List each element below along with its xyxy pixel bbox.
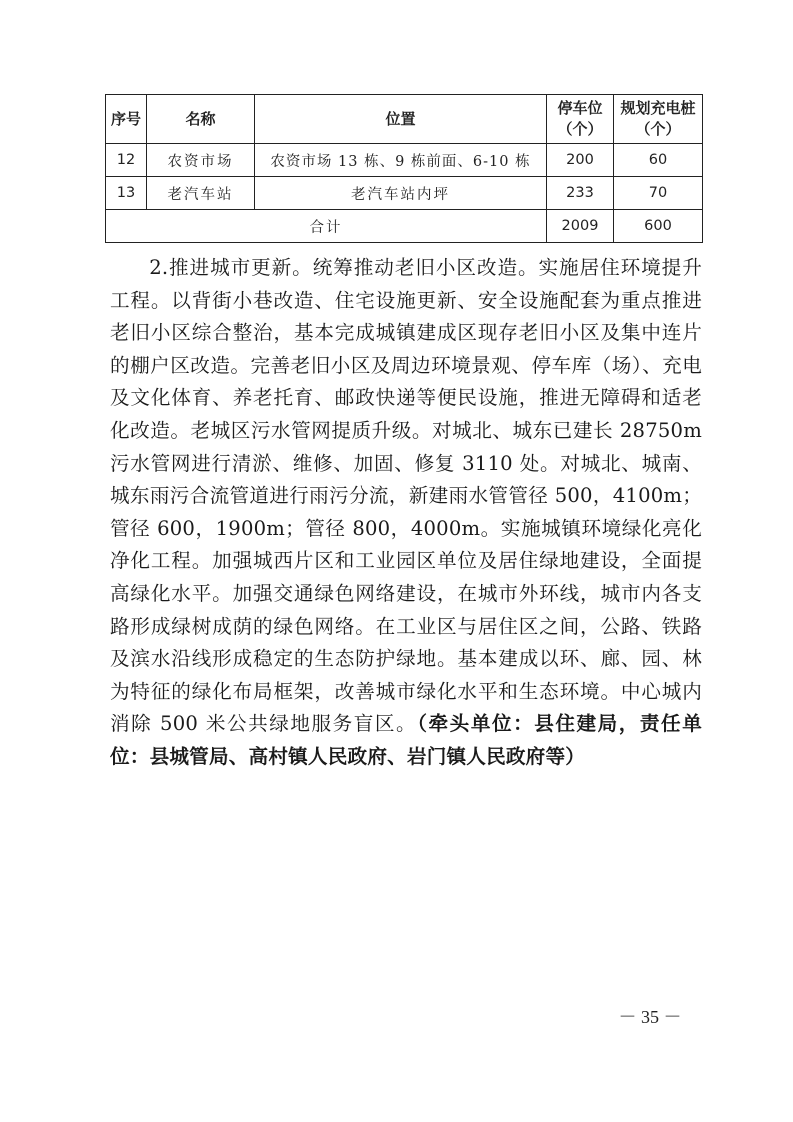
cell-name: 老汽车站 [147,177,255,210]
header-parking-label: 停车位 [547,98,613,119]
header-name: 名称 [147,95,255,144]
header-parking: 停车位 （个） [547,95,614,144]
parking-charging-table: 序号 名称 位置 停车位 （个） 规划充电桩 （个） 12 农资市场 农资市场 … [105,94,703,243]
cell-total-label: 合计 [106,210,547,243]
header-location-label: 位置 [385,110,415,128]
header-parking-unit: （个） [547,119,613,140]
cell-index: 13 [106,177,147,210]
paragraph-urban-renewal: 2.推进城市更新。统筹推动老旧小区改造。实施居住环境提升工程。以背街小巷改造、住… [110,252,702,774]
header-chargers: 规划充电桩 （个） [614,95,703,144]
header-index-label: 序号 [111,110,141,128]
cell-parking: 200 [547,144,614,177]
header-index: 序号 [106,95,147,144]
cell-location: 农资市场 13 栋、9 栋前面、6-10 栋 [255,144,547,177]
cell-chargers: 70 [614,177,703,210]
cell-chargers: 60 [614,144,703,177]
cell-location: 老汽车站内坪 [255,177,547,210]
header-chargers-label: 规划充电桩 [614,98,702,119]
table-total-row: 合计 2009 600 [106,210,703,243]
table-row: 13 老汽车站 老汽车站内坪 233 70 [106,177,703,210]
cell-total-chargers: 600 [614,210,703,243]
paragraph-main-text: 2.推进城市更新。统筹推动老旧小区改造。实施居住环境提升工程。以背街小巷改造、住… [110,256,702,735]
cell-name: 农资市场 [147,144,255,177]
cell-index: 12 [106,144,147,177]
body-text: 2.推进城市更新。统筹推动老旧小区改造。实施居住环境提升工程。以背街小巷改造、住… [110,252,702,774]
header-chargers-unit: （个） [614,119,702,140]
cell-total-parking: 2009 [547,210,614,243]
header-location: 位置 [255,95,547,144]
page-number: － 35 － [600,1003,700,1029]
table-header-row: 序号 名称 位置 停车位 （个） 规划充电桩 （个） [106,95,703,144]
header-name-label: 名称 [185,110,215,128]
document-page: 序号 名称 位置 停车位 （个） 规划充电桩 （个） 12 农资市场 农资市场 … [0,0,793,1122]
cell-parking: 233 [547,177,614,210]
table-row: 12 农资市场 农资市场 13 栋、9 栋前面、6-10 栋 200 60 [106,144,703,177]
